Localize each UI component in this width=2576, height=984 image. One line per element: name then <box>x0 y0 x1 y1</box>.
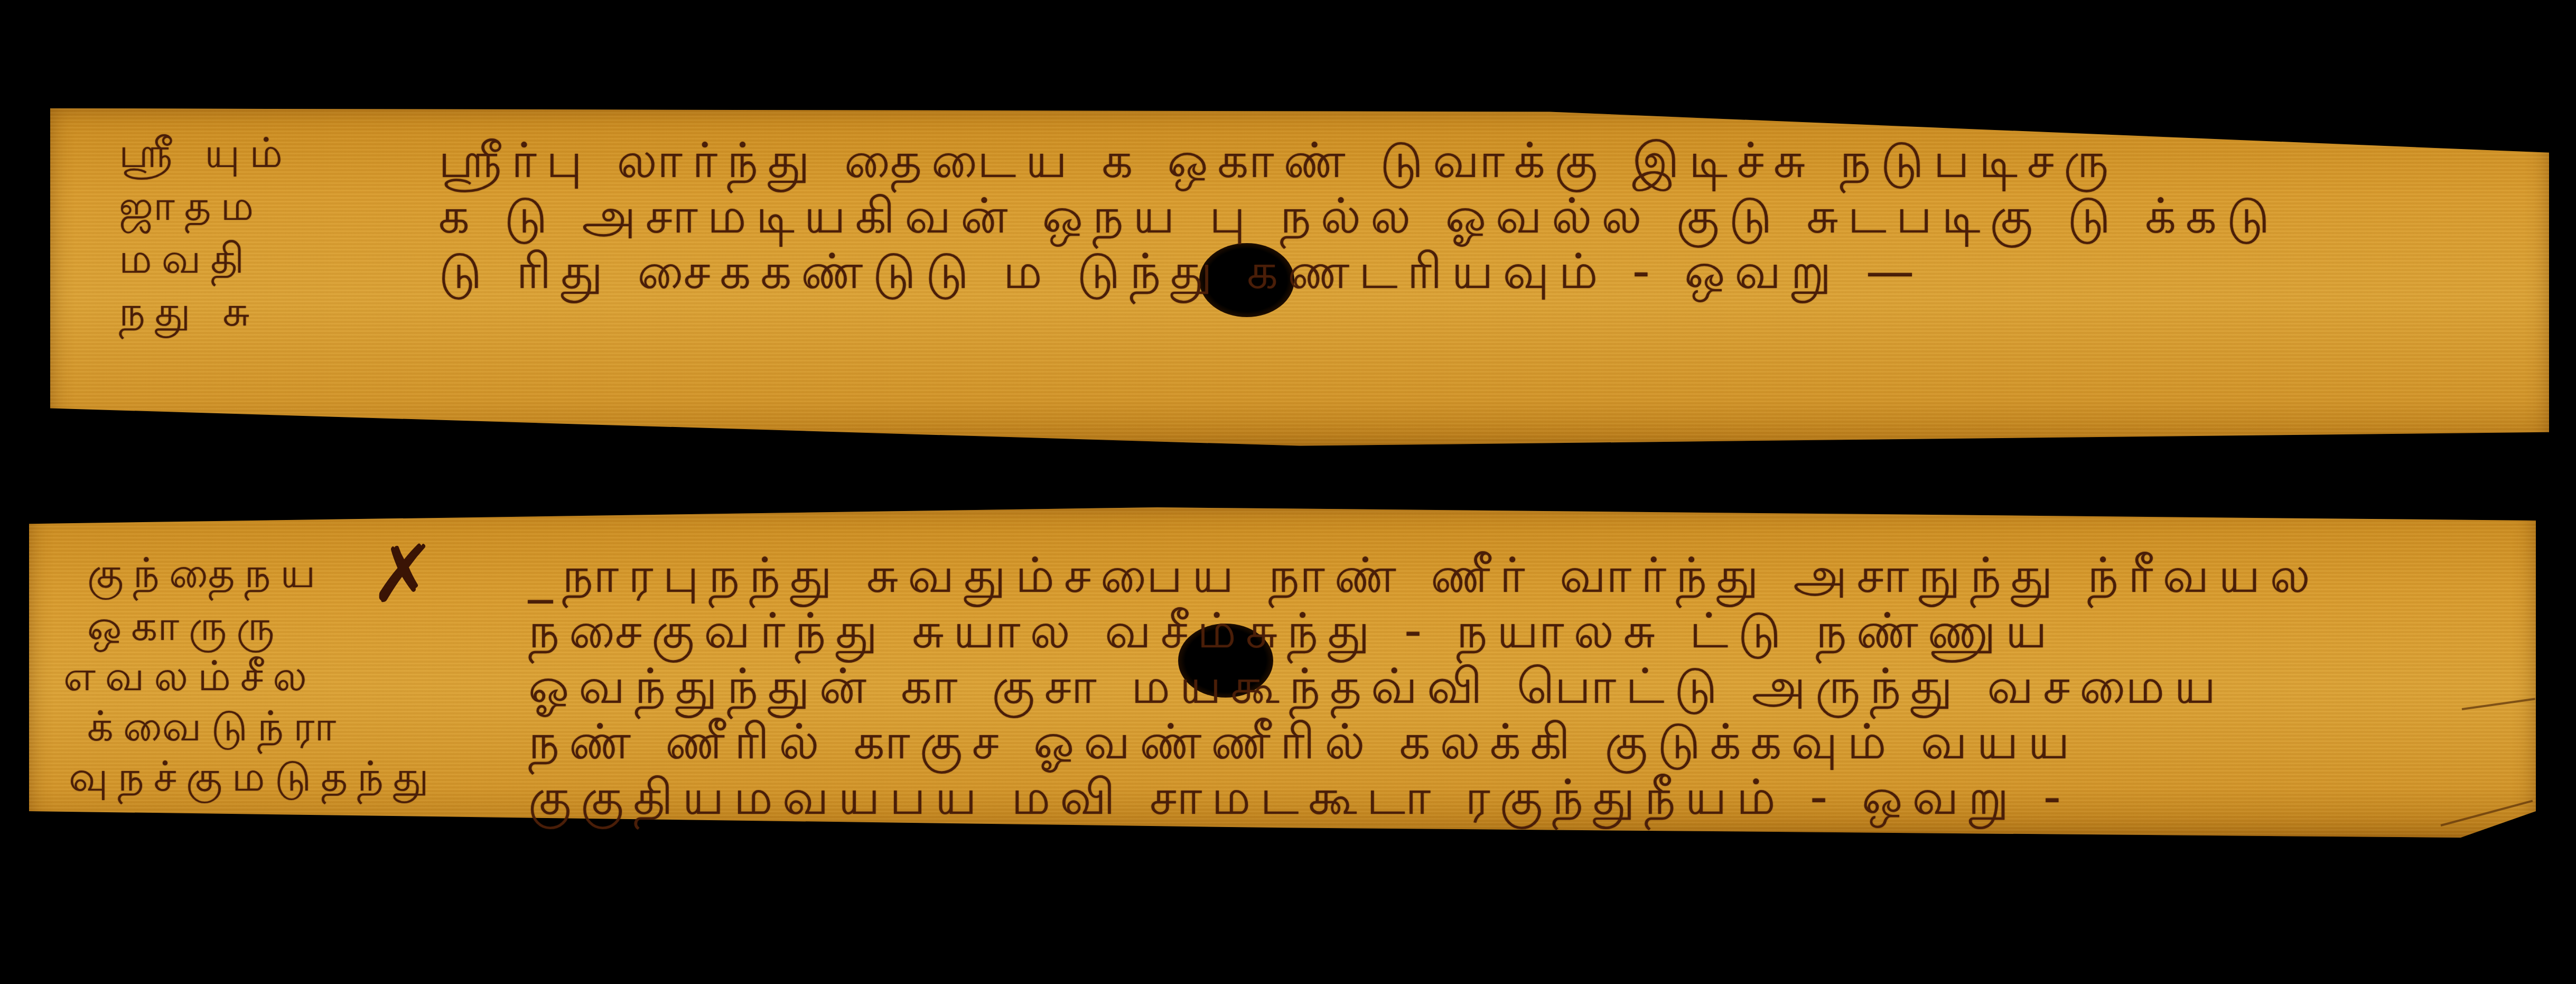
margin-line: நது சு <box>119 288 259 341</box>
text-line: நண் ணீரில் காகுச ஓவண்ணீரில் கலக்கி குடுக… <box>528 713 2079 777</box>
margin-line: ஜாதம <box>119 182 263 235</box>
text-line: _நாரபுநந்து சுவதும்சபைய நாண் ணீர் வார்ந்… <box>528 547 2320 610</box>
margin-line: ஒகாருரு <box>87 602 284 655</box>
text-line: நசைகுவர்ந்து சுயால வசீம்சுந்து - நயாலசு … <box>528 602 2057 666</box>
text-line: டு ரிது சைககண்டுடு ம டுந்து கணடரியவும் -… <box>438 243 1924 307</box>
margin-line: ஸ்ரீ யும் <box>119 129 292 182</box>
text-line: ஓவந்துந்துன் கா குசா மயகூந்தவ்வி பொட்டு … <box>528 658 2225 721</box>
text-line: ஸ்ரீர்பு லார்ந்து தைடைய க ஒகாண் டுவாக்கு… <box>438 132 2118 196</box>
text-line: குகுதியமவயபய மவி சாமடகூடா ரகுந்துநீயம் -… <box>528 769 2070 832</box>
margin-line: வுநச்குமடுதந்து <box>69 753 438 806</box>
margin-line: எவலம்சீல <box>63 653 316 705</box>
text-line: க டு அசாமடியகிவன் ஒநய பு நல்ல ஓவல்ல குடு… <box>438 188 2279 251</box>
margin-line: குந்தைநய <box>87 550 325 602</box>
margin-line: க்வைடுந்ரா <box>87 703 346 756</box>
cross-mark-icon: ✗ <box>370 528 436 620</box>
margin-line: மவதி <box>119 235 254 288</box>
